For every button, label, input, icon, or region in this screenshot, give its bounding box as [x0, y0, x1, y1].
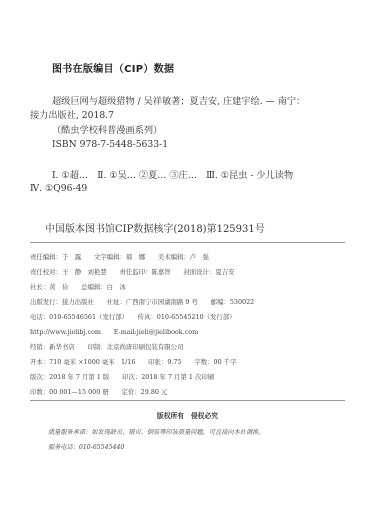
credit-line: 责任编辑：于 露 文字编辑：郝 娜 美术编辑：卢 强	[30, 252, 209, 261]
copyright-page: 图书在版编目（CIP）数据 超级巨网与超级猎物 / 吴祥敏著；夏吉安, 庄建宇绘…	[0, 0, 375, 508]
credit-line: http://www.jielibj.com E-mail:jieli@jiel…	[30, 327, 198, 336]
cip-title-line: 超级巨网与超级猎物 / 吴祥敏著；夏吉安, 庄建宇绘. — 南宁：	[52, 93, 305, 107]
divider-top	[30, 242, 345, 243]
cip-library-record: 中国版本图书馆CIP数据核字(2018)第125931号	[45, 220, 265, 235]
cip-series-line: （酷虫学校科普漫画系列）	[52, 122, 162, 136]
cip-isbn: ISBN 978-7-5448-5633-1	[52, 139, 168, 150]
credit-line: 电话：010-65546561（发行部） 传真：010-65545210（发行部…	[30, 312, 236, 321]
credit-line: 印数：00 001—15 000 册 定价：29.80 元	[30, 387, 167, 396]
cip-classification-2: Ⅳ. ①Q96-49	[30, 183, 87, 194]
cip-heading: 图书在版编目（CIP）数据	[52, 60, 174, 75]
credit-line: 经销：新华书店 印制：北京尚唐印刷包装有限公司	[30, 342, 183, 351]
credit-line: 出版发行：接力出版社 社址：广西南宁市园湖南路 9 号 邮编：530022	[30, 297, 254, 306]
credit-line: 社长：黄 俭 总编辑：白 冰	[30, 282, 126, 291]
credit-line: 版次：2018 年 7 月第 1 版 印次：2018 年 7 月第 1 次印刷	[30, 372, 214, 381]
copyright-notice: 版权所有 侵权必究	[0, 410, 375, 420]
service-phone: 服务电话：010-65545440	[48, 442, 124, 451]
quality-promise: 质量服务承诺：如发现缺页、错页、倒装等印装质量问题，可直接向本社调换。	[48, 427, 265, 436]
credit-line: 开本：710 毫米 ×1000 毫米 1/16 印张：9.75 字数：90 千字	[30, 357, 236, 366]
divider-bottom	[30, 400, 345, 401]
cip-publisher-line: 接力出版社, 2018.7	[30, 107, 114, 121]
credit-line: 责任校对：王 静 刘艳慧 责任监印：陈嘉智 封面设计：夏吉安	[30, 267, 235, 276]
cip-classification-1: Ⅰ. ①超… Ⅱ. ①吴… ②夏… ③庄… Ⅲ. ①昆虫 - 少儿读物	[52, 167, 293, 181]
